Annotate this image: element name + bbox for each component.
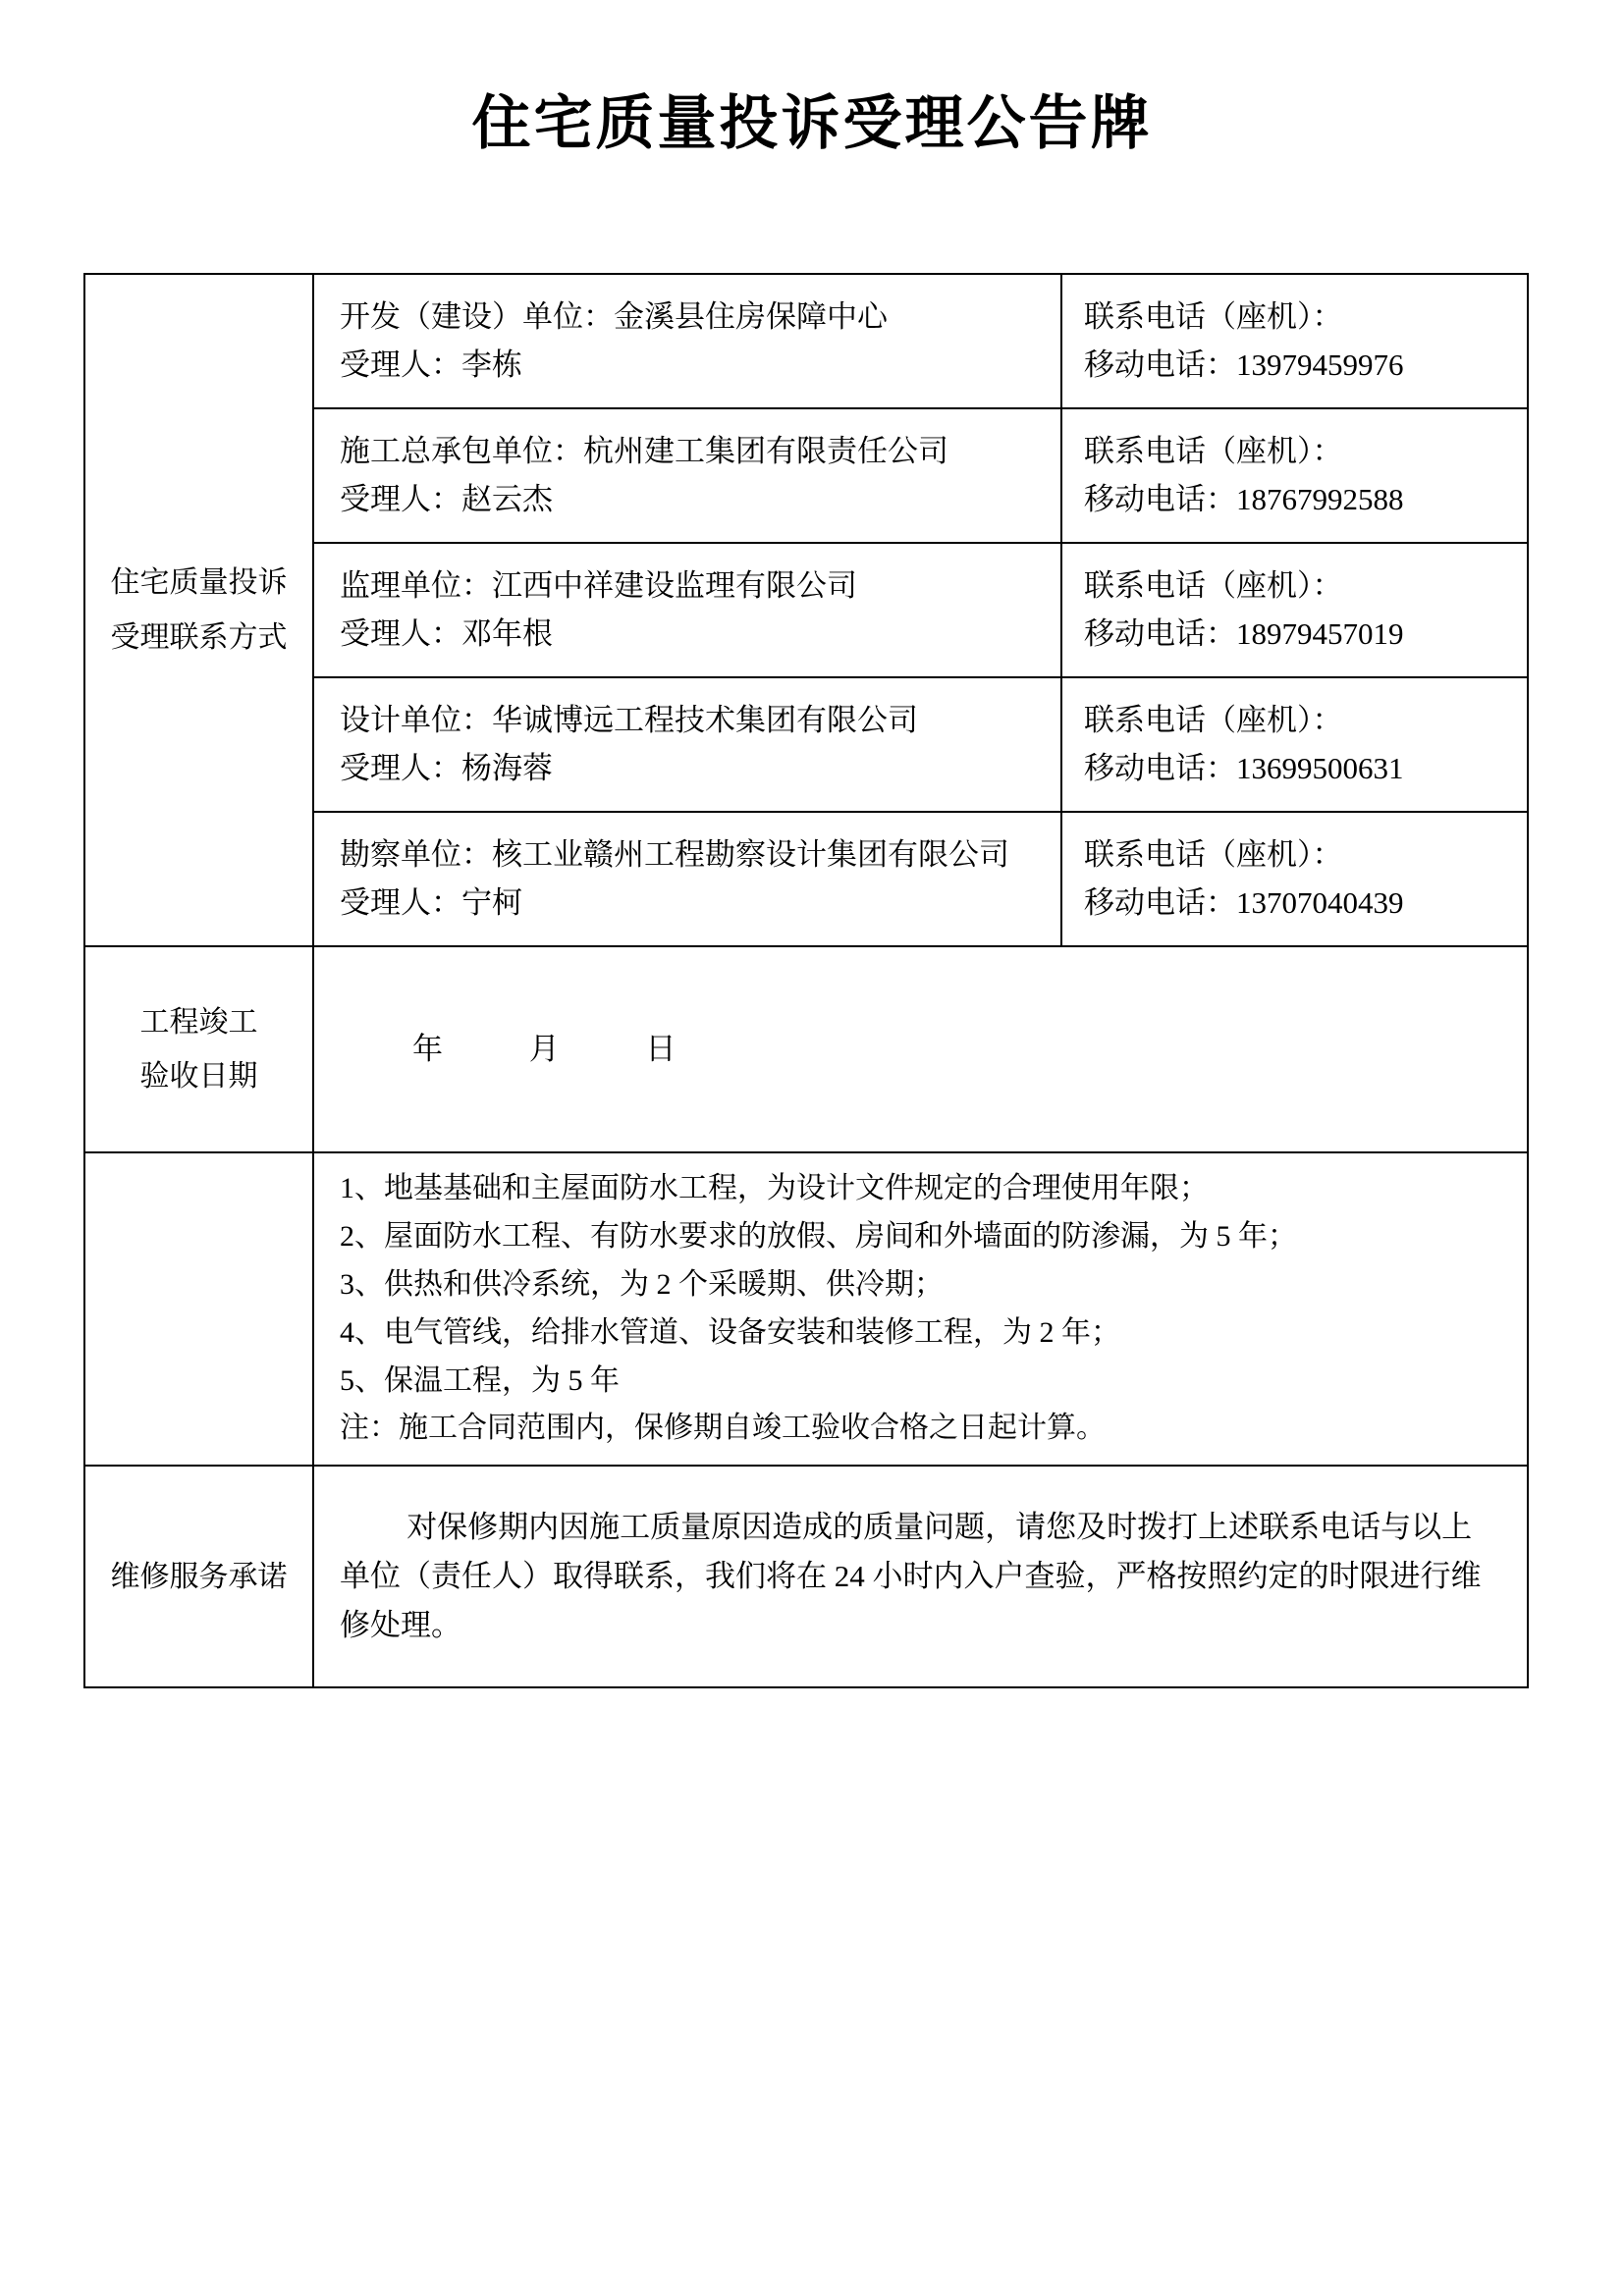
unit-cell: 开发（建设）单位：金溪县住房保障中心 受理人：李栋 [313, 274, 1061, 408]
warranty-term: 4、电气管线，给排水管道、设备安装和装修工程，为 2 年； [340, 1309, 1507, 1358]
landline-label: 联系电话（座机）： [1084, 831, 1517, 879]
phone-cell: 联系电话（座机）： 移动电话：13979459976 [1061, 274, 1528, 408]
warranty-term: 3、供热和供冷系统，为 2 个采暖期、供冷期； [340, 1261, 1507, 1309]
unit-name: 勘察单位：核工业赣州工程勘察设计集团有限公司 [340, 831, 1047, 879]
mobile-number: 13979459976 [1236, 347, 1404, 382]
mobile-label: 移动电话： [1084, 482, 1236, 516]
landline-label: 联系电话（座机）： [1084, 428, 1517, 475]
unit-name: 设计单位：华诚博远工程技术集团有限公司 [340, 697, 1047, 744]
completion-date-cell: 年 月 日 [313, 946, 1528, 1152]
phone-cell: 联系电话（座机）： 移动电话：18767992588 [1061, 408, 1528, 543]
handler-name: 受理人：李栋 [340, 342, 1047, 389]
year-label: 年 [412, 1026, 443, 1073]
completion-date-row: 工程竣工 验收日期 年 月 日 [84, 946, 1528, 1152]
unit-cell: 设计单位：华诚博远工程技术集团有限公司 受理人：杨海蓉 [313, 677, 1061, 812]
mobile-number: 13707040439 [1236, 885, 1404, 920]
completion-header-line2: 验收日期 [91, 1049, 306, 1104]
completion-header-line1: 工程竣工 [91, 995, 306, 1050]
unit-name: 开发（建设）单位：金溪县住房保障中心 [340, 294, 1047, 341]
unit-name: 监理单位：江西中祥建设监理有限公司 [340, 562, 1047, 610]
mobile-number: 13699500631 [1236, 751, 1404, 785]
day-label: 日 [646, 1026, 677, 1073]
page-title: 住宅质量投诉受理公告牌 [0, 77, 1624, 161]
document-page: 住宅质量投诉受理公告牌 住宅质量投诉 受理联系方式 开发（建设）单位：金溪县住房… [0, 0, 1624, 2296]
contact-header-line1: 住宅质量投诉 [91, 556, 306, 611]
phone-cell: 联系电话（座机）： 移动电话：13699500631 [1061, 677, 1528, 812]
mobile-label: 移动电话： [1084, 885, 1236, 920]
unit-name: 施工总承包单位：杭州建工集团有限责任公司 [340, 428, 1047, 475]
mobile-label: 移动电话： [1084, 347, 1236, 382]
mobile-line: 移动电话：18767992588 [1084, 476, 1517, 523]
mobile-number: 18979457019 [1236, 616, 1404, 651]
unit-cell: 施工总承包单位：杭州建工集团有限责任公司 受理人：赵云杰 [313, 408, 1061, 543]
mobile-line: 移动电话：13699500631 [1084, 745, 1517, 792]
service-promise-text: 对保修期内因施工质量原因造成的质量问题，请您及时拨打上述联系电话与以上单位（责任… [340, 1503, 1493, 1651]
table-row: 住宅质量投诉 受理联系方式 开发（建设）单位：金溪县住房保障中心 受理人：李栋 … [84, 274, 1528, 408]
service-promise-cell: 对保修期内因施工质量原因造成的质量问题，请您及时拨打上述联系电话与以上单位（责任… [313, 1466, 1528, 1687]
handler-name: 受理人：杨海蓉 [340, 745, 1047, 792]
warranty-term-note: 注：施工合同范围内，保修期自竣工验收合格之日起计算。 [340, 1405, 1507, 1453]
mobile-label: 移动电话： [1084, 616, 1236, 651]
mobile-line: 移动电话：18979457019 [1084, 611, 1517, 658]
unit-cell: 勘察单位：核工业赣州工程勘察设计集团有限公司 受理人：宁柯 [313, 812, 1061, 946]
handler-name: 受理人：宁柯 [340, 880, 1047, 927]
warranty-terms-cell: 1、地基基础和主屋面防水工程，为设计文件规定的合理使用年限； 2、屋面防水工程、… [313, 1152, 1528, 1466]
mobile-line: 移动电话：13979459976 [1084, 342, 1517, 389]
warranty-term: 2、屋面防水工程、有防水要求的放假、房间和外墙面的防渗漏，为 5 年； [340, 1213, 1507, 1261]
phone-cell: 联系电话（座机）： 移动电话：18979457019 [1061, 543, 1528, 677]
handler-name: 受理人：邓年根 [340, 611, 1047, 658]
warranty-term: 1、地基基础和主屋面防水工程，为设计文件规定的合理使用年限； [340, 1165, 1507, 1213]
landline-label: 联系电话（座机）： [1084, 294, 1517, 341]
warranty-terms-header-empty [84, 1152, 313, 1466]
contact-section-header: 住宅质量投诉 受理联系方式 [84, 274, 313, 946]
mobile-line: 移动电话：13707040439 [1084, 880, 1517, 927]
month-label: 月 [529, 1026, 560, 1073]
warranty-terms-row: 1、地基基础和主屋面防水工程，为设计文件规定的合理使用年限； 2、屋面防水工程、… [84, 1152, 1528, 1466]
mobile-number: 18767992588 [1236, 482, 1404, 516]
handler-name: 受理人：赵云杰 [340, 476, 1047, 523]
contact-header-line2: 受理联系方式 [91, 611, 306, 666]
completion-date-header: 工程竣工 验收日期 [84, 946, 313, 1152]
phone-cell: 联系电话（座机）： 移动电话：13707040439 [1061, 812, 1528, 946]
notice-table: 住宅质量投诉 受理联系方式 开发（建设）单位：金溪县住房保障中心 受理人：李栋 … [83, 273, 1529, 1688]
warranty-term: 5、保温工程，为 5 年 [340, 1358, 1507, 1406]
landline-label: 联系电话（座机）： [1084, 562, 1517, 610]
landline-label: 联系电话（座机）： [1084, 697, 1517, 744]
mobile-label: 移动电话： [1084, 751, 1236, 785]
service-promise-row: 维修服务承诺 对保修期内因施工质量原因造成的质量问题，请您及时拨打上述联系电话与… [84, 1466, 1528, 1687]
service-promise-header: 维修服务承诺 [84, 1466, 313, 1687]
unit-cell: 监理单位：江西中祥建设监理有限公司 受理人：邓年根 [313, 543, 1061, 677]
